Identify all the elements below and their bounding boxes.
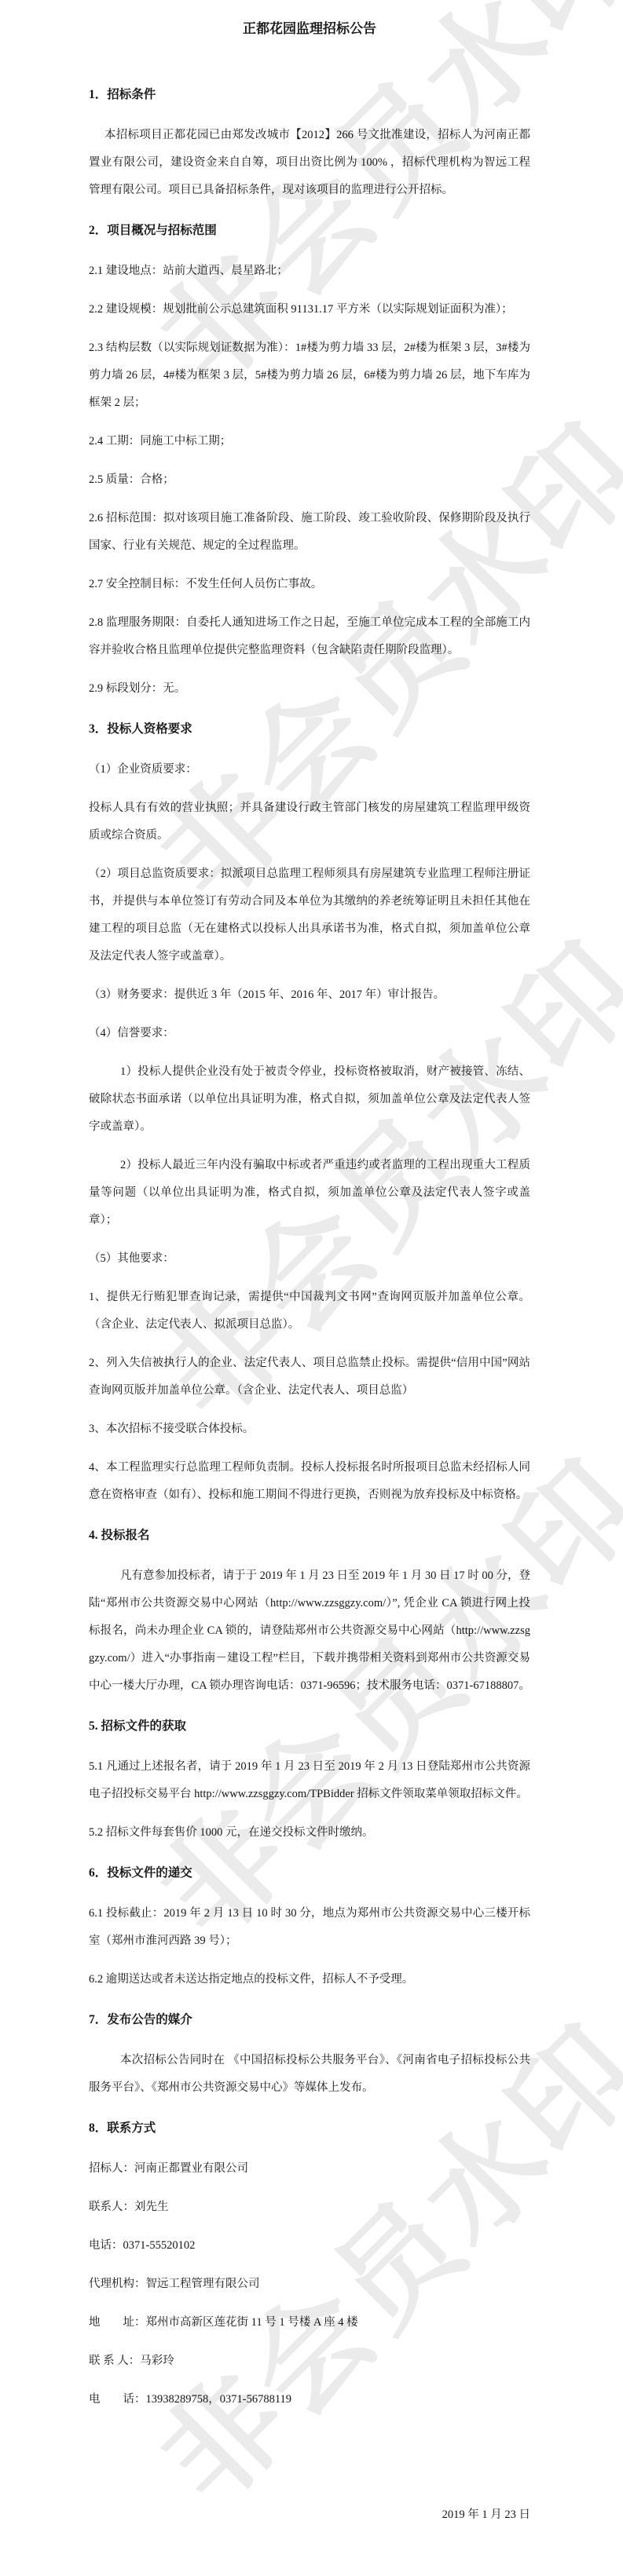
paragraph: 5.2 招标文件每套售价 1000 元，在递交投标文件时缴纳。 — [89, 1819, 530, 1847]
paragraph: （1）企业资质要求： — [89, 756, 530, 784]
paragraph: 6.1 投标截止：2019 年 2 月 13 日 10 时 30 分，地点为郑州… — [89, 1900, 530, 1955]
paragraph: 投标人具有有效的营业执照；并具备建设行政主管部门核发的房屋建筑工程监理甲级资质或… — [89, 795, 530, 850]
paragraph: 代理机构：智远工程管理有限公司 — [89, 2271, 530, 2298]
section-heading: 3．投标人资格要求 — [89, 719, 530, 740]
section-heading: 7．发布公告的媒介 — [89, 2010, 530, 2030]
paragraph: 2.1 建设地点：站前大道西、晨星路北； — [89, 258, 530, 285]
section-heading: 8．联系方式 — [89, 2118, 530, 2139]
sections-container: 1．招标条件本招标项目正都花园已由郑发改城市【2012】266 号文批准建设，招… — [89, 85, 530, 2413]
section: 5. 招标文件的获取5.1 凡通过上述报名者，请于 2019 年 1 月 23 … — [89, 1716, 530, 1847]
paragraph: 本招标项目正都花园已由郑发改城市【2012】266 号文批准建设，招标人为河南正… — [89, 122, 530, 204]
section: 4. 投标报名凡有意参加投标者，请于于 2019 年 1 月 23 日至 201… — [89, 1526, 530, 1700]
section: 2．项目概况与招标范围2.1 建设地点：站前大道西、晨星路北；2.2 建设规模：… — [89, 221, 530, 703]
document-date: 2019 年 1 月 23 日 — [89, 2501, 530, 2529]
paragraph: 2、列入失信被执行人的企业、法定代表人、项目总监禁止投标。需提供“信用中国”网站… — [89, 1350, 530, 1405]
paragraph: 电话：0371-55520102 — [89, 2232, 530, 2260]
paragraph: 2.7 安全控制目标：不发生任何人员伤亡事故。 — [89, 571, 530, 598]
paragraph: 2.5 质量：合格； — [89, 466, 530, 494]
paragraph: 6.2 逾期送达或者未送达指定地点的投标文件，招标人不予受理。 — [89, 1966, 530, 1993]
paragraph: 2.8 监理服务期限：自委托人通知进场工作之日起，至施工单位完成本工程的全部施工… — [89, 609, 530, 664]
section: 1．招标条件本招标项目正都花园已由郑发改城市【2012】266 号文批准建设，招… — [89, 85, 530, 204]
paragraph: 2.4 工期：同施工中标工期； — [89, 428, 530, 455]
document-page: 非会员水印非会员水印非会员水印非会员水印非会员水印 正都花园监理招标公告 1．招… — [0, 0, 623, 2576]
document-content: 正都花园监理招标公告 1．招标条件本招标项目正都花园已由郑发改城市【2012】2… — [0, 0, 623, 2529]
section-heading: 2．项目概况与招标范围 — [89, 221, 530, 241]
paragraph: 2.3 结构层数（以实际规划证数据为准）：1#楼为剪力墙 33 层，2#楼为框架… — [89, 334, 530, 417]
document-title: 正都花园监理招标公告 — [89, 19, 530, 39]
paragraph: 凡有意参加投标者，请于于 2019 年 1 月 23 日至 2019 年 1 月… — [89, 1562, 530, 1700]
paragraph: 联系人：刘先生 — [89, 2194, 530, 2221]
paragraph: 1）投标人提供企业没有处于被责令停业，投标资格被取消，财产被接管、冻结、破除状态… — [89, 1058, 530, 1141]
section-heading: 5. 招标文件的获取 — [89, 1716, 530, 1737]
section: 7．发布公告的媒介本次招标公告同时在 《中国招标投标公共服务平台》、《河南省电子… — [89, 2010, 530, 2102]
section-heading: 4. 投标报名 — [89, 1526, 530, 1546]
paragraph: 1、提供无行贿犯罪查询记录，需提供“中国裁判文书网”查询网页版并加盖单位公章。（… — [89, 1284, 530, 1339]
paragraph: （5）其他要求： — [89, 1245, 530, 1273]
paragraph: 电 话：13938289758，0371-56788119 — [89, 2386, 530, 2413]
paragraph: 4、本工程监理实行总监理工程师负责制。投标人投标报名时所报项目总监未经招标人同意… — [89, 1454, 530, 1509]
paragraph: 2）投标人最近三年内没有骗取中标或者严重违约或者监理的工程出现重大工程质量等问题… — [89, 1152, 530, 1234]
paragraph: （3）财务要求：提供近 3 年（2015 年、2016 年、2017 年）审计报… — [89, 981, 530, 1009]
paragraph: 本次招标公告同时在 《中国招标投标公共服务平台》、《河南省电子招标投标公共服务平… — [89, 2047, 530, 2102]
paragraph: 2.9 标段划分：无。 — [89, 675, 530, 703]
paragraph: （2）项目总监资质要求：拟派项目总监理工程师须具有房屋建筑专业监理工程师注册证书… — [89, 860, 530, 970]
section: 3．投标人资格要求（1）企业资质要求：投标人具有有效的营业执照；并具备建设行政主… — [89, 719, 530, 1509]
paragraph: 联 系 人：马彩玲 — [89, 2348, 530, 2375]
section: 8．联系方式招标人：河南正都置业有限公司联系人：刘先生电话：0371-55520… — [89, 2118, 530, 2413]
paragraph: 2.6 招标范围：拟对该项目施工准备阶段、施工阶段、竣工验收阶段、保修期阶段及执… — [89, 505, 530, 560]
paragraph: 2.2 建设规模：规划批前公示总建筑面积 91131.17 平方米（以实际规划证… — [89, 296, 530, 323]
paragraph: 地 址：郑州市高新区莲花街 11 号 1 号楼 A 座 4 楼 — [89, 2309, 530, 2337]
section-heading: 1．招标条件 — [89, 85, 530, 105]
paragraph: 招标人：河南正都置业有限公司 — [89, 2155, 530, 2183]
paragraph: 3、本次招标不接受联合体投标。 — [89, 1416, 530, 1443]
paragraph: （4）信誉要求： — [89, 1020, 530, 1047]
section-heading: 6．投标文件的递交 — [89, 1863, 530, 1884]
section: 6．投标文件的递交6.1 投标截止：2019 年 2 月 13 日 10 时 3… — [89, 1863, 530, 1993]
paragraph: 5.1 凡通过上述报名者，请于 2019 年 1 月 23 日至 2019 年 … — [89, 1753, 530, 1808]
